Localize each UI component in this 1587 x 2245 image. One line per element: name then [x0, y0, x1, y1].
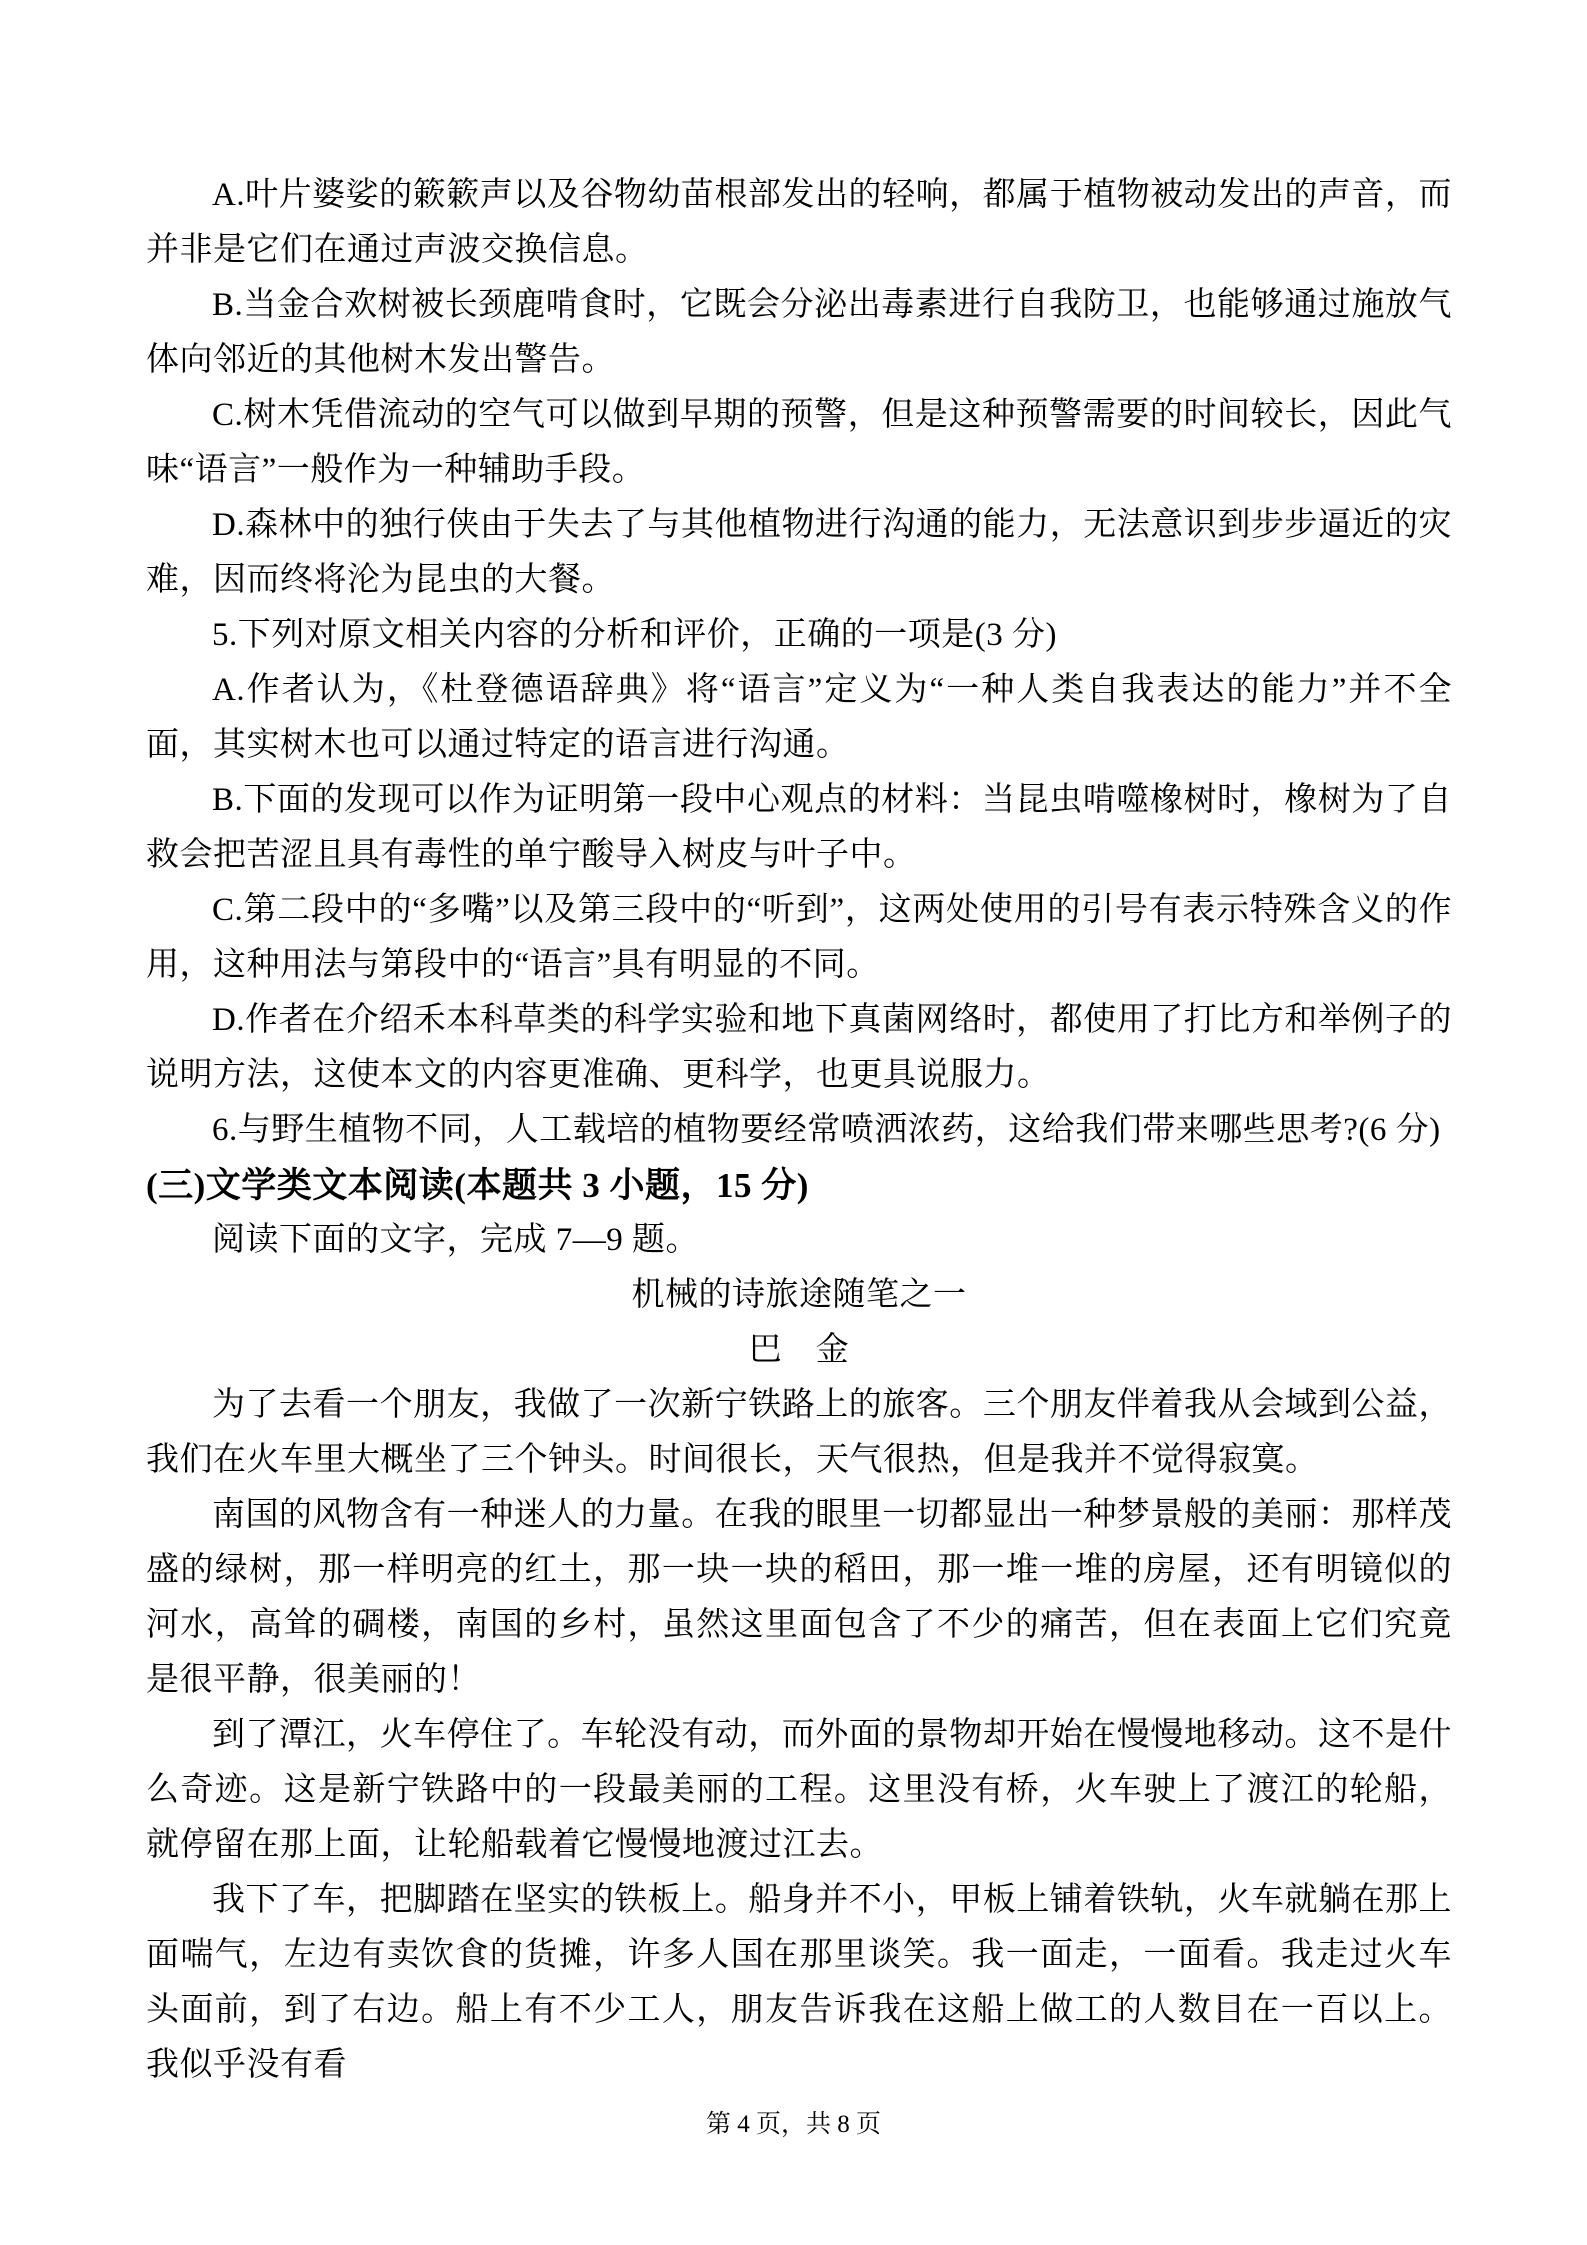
essay-paragraph-4: 我下了车，把脚踏在坚实的铁板上。船身并不小，甲板上铺着铁轨，火车就躺在那上面喘气… — [146, 1873, 1452, 2093]
q5-option-d: D.作者在介绍禾本科草类的科学实验和地下真菌网络时，都使用了打比方和举例子的说明… — [146, 993, 1452, 1103]
exam-body-text: A.叶片婆娑的簌簌声以及谷物幼苗根部发出的轻响，都属于植物被动发出的声音，而并非… — [146, 168, 1452, 2093]
question-5-stem: 5.下列对原文相关内容的分析和评价，正确的一项是(3 分) — [146, 608, 1452, 663]
q5-option-c: C.第二段中的“多嘴”以及第三段中的“听到”，这两处使用的引号有表示特殊含义的作… — [146, 883, 1452, 993]
q4-option-d: D.森林中的独行侠由于失去了与其他植物进行沟通的能力，无法意识到步步逼近的灾难，… — [146, 498, 1452, 608]
essay-author: 巴 金 — [146, 1323, 1452, 1378]
question-6-stem: 6.与野生植物不同，人工载培的植物要经常喷洒浓药，这给我们带来哪些思考?(6 分… — [146, 1103, 1452, 1158]
essay-paragraph-3: 到了潭江，火车停住了。车轮没有动，而外面的景物却开始在慢慢地移动。这不是什么奇迹… — [146, 1708, 1452, 1873]
q4-option-a: A.叶片婆娑的簌簌声以及谷物幼苗根部发出的轻响，都属于植物被动发出的声音，而并非… — [146, 168, 1452, 278]
q4-option-b: B.当金合欢树被长颈鹿啃食时，它既会分泌出毒素进行自我防卫，也能够通过施放气体向… — [146, 278, 1452, 388]
essay-paragraph-1: 为了去看一个朋友，我做了一次新宁铁路上的旅客。三个朋友伴着我从会域到公益，我们在… — [146, 1378, 1452, 1488]
section-3-header: (三)文学类文本阅读(本题共 3 小题，15 分) — [146, 1158, 1452, 1213]
q4-option-c: C.树木凭借流动的空气可以做到早期的预警，但是这种预警需要的时间较长，因此气味“… — [146, 388, 1452, 498]
q5-option-b: B.下面的发现可以作为证明第一段中心观点的材料：当昆虫啃噬橡树时，橡树为了自救会… — [146, 773, 1452, 883]
q5-option-a: A.作者认为，《杜登德语辞典》将“语言”定义为“一种人类自我表达的能力”并不全面… — [146, 663, 1452, 773]
essay-title: 机械的诗旅途随笔之一 — [146, 1268, 1452, 1323]
reading-instruction: 阅读下面的文字，完成 7—9 题。 — [146, 1213, 1452, 1268]
exam-page: A.叶片婆娑的簌簌声以及谷物幼苗根部发出的轻响，都属于植物被动发出的声音，而并非… — [0, 0, 1587, 2245]
page-footer: 第 4 页，共 8 页 — [0, 2110, 1587, 2140]
essay-paragraph-2: 南国的风物含有一种迷人的力量。在我的眼里一切都显出一种梦景般的美丽：那样茂盛的绿… — [146, 1488, 1452, 1708]
